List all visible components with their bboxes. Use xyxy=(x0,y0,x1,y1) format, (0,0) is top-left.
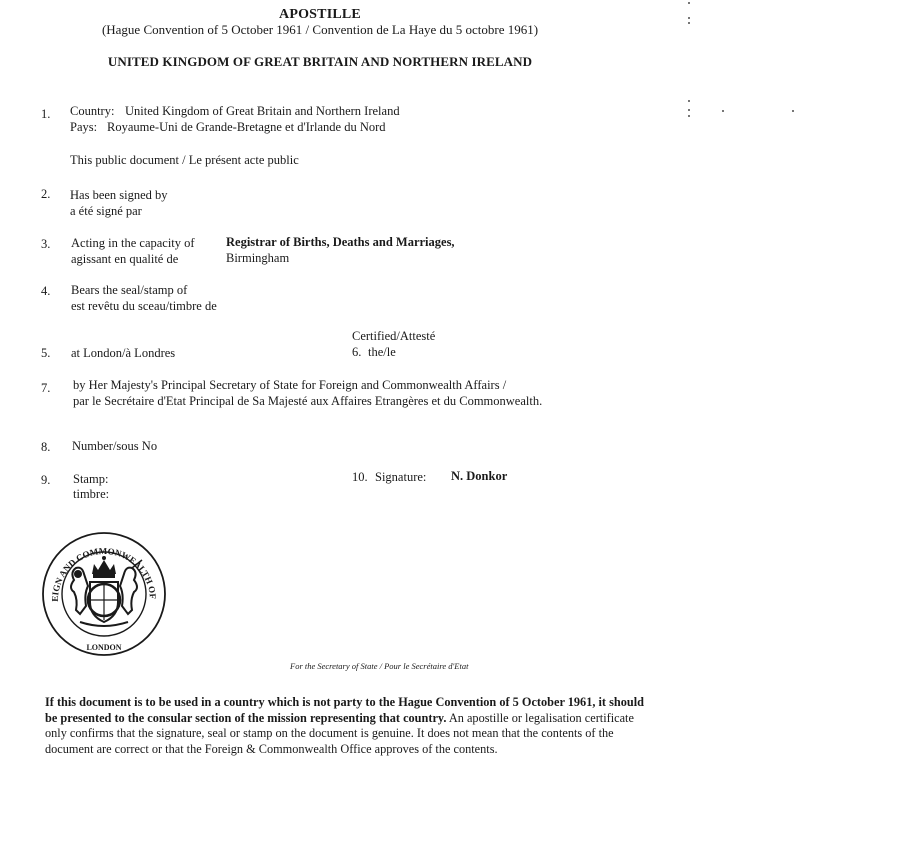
field-number: 1. xyxy=(41,107,50,122)
country-value-en: United Kingdom of Great Britain and Nort… xyxy=(125,103,400,119)
country-value-fr: Royaume-Uni de Grande-Bretagne et d'Irla… xyxy=(107,119,386,135)
country-label-en: Country: xyxy=(70,103,114,119)
scan-speck xyxy=(688,109,690,111)
stamp-label-en: Stamp: xyxy=(73,471,108,487)
svg-text:FOREIGN AND COMMONWEALTH OFFIC: FOREIGN AND COMMONWEALTH OFFICE xyxy=(40,530,158,602)
scan-speck xyxy=(688,2,690,4)
svg-text:LONDON: LONDON xyxy=(86,643,121,652)
scan-speck xyxy=(688,17,690,19)
signatory-caption: For the Secretary of State / Pour le Sec… xyxy=(290,661,468,671)
number-label: Number/sous No xyxy=(72,438,157,454)
royal-coat-of-arms-seal-icon: FOREIGN AND COMMONWEALTH OFFICE LONDON xyxy=(40,530,168,658)
field-number: 6. xyxy=(352,344,361,360)
seal-label-en: Bears the seal/stamp of xyxy=(71,282,187,298)
capacity-label-fr: agissant en qualité de xyxy=(71,251,178,267)
signature-label: Signature: xyxy=(375,469,426,485)
scan-speck xyxy=(688,115,690,117)
field-number: 3. xyxy=(41,237,50,252)
document-title: APOSTILLE xyxy=(0,7,640,23)
field-number: 5. xyxy=(41,346,50,361)
signature-value: N. Donkor xyxy=(451,468,507,484)
capacity-value: Registrar of Births, Deaths and Marriage… xyxy=(226,234,455,250)
scan-speck xyxy=(688,22,690,24)
capacity-value-place: Birmingham xyxy=(226,250,289,266)
field-number: 10. xyxy=(352,469,368,485)
issuing-state-heading: UNITED KINGDOM OF GREAT BRITAIN AND NORT… xyxy=(0,54,640,70)
scan-speck xyxy=(688,100,690,102)
signed-by-label-fr: a été signé par xyxy=(70,203,142,219)
field-number: 2. xyxy=(41,187,50,202)
stamp-label-fr: timbre: xyxy=(73,486,109,502)
place-label: at London/à Londres xyxy=(71,345,175,361)
authority-label-fr: par le Secrétaire d'Etat Principal de Sa… xyxy=(73,393,542,409)
field-number: 7. xyxy=(41,381,50,396)
scan-speck xyxy=(722,110,724,112)
authority-label-en: by Her Majesty's Principal Secretary of … xyxy=(73,377,506,393)
country-label-fr: Pays: xyxy=(70,119,97,135)
certified-heading: Certified/Attesté xyxy=(352,328,435,344)
public-document-line: This public document / Le présent acte p… xyxy=(70,152,299,168)
seal-label-fr: est revêtu du sceau/timbre de xyxy=(71,298,217,314)
scan-speck xyxy=(792,110,794,112)
fco-seal: FOREIGN AND COMMONWEALTH OFFICE LONDON xyxy=(40,530,168,658)
convention-subtitle: (Hague Convention of 5 October 1961 / Co… xyxy=(0,22,640,38)
date-label: the/le xyxy=(368,344,396,360)
notice-paragraph: If this document is to be used in a coun… xyxy=(45,695,645,757)
capacity-label-en: Acting in the capacity of xyxy=(71,235,195,251)
field-number: 9. xyxy=(41,473,50,488)
field-number: 8. xyxy=(41,440,50,455)
field-number: 4. xyxy=(41,284,50,299)
signed-by-label-en: Has been signed by xyxy=(70,187,168,203)
